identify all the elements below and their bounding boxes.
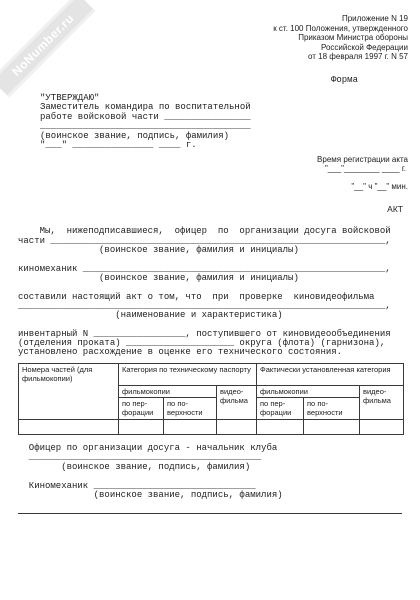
table-header-perforation: по пер-форации <box>257 397 304 419</box>
approval-block: "УТВЕРЖДАЮ" Заместитель командира по вос… <box>40 94 420 151</box>
signature-block: Офицер по организации досуга - начальник… <box>0 444 420 501</box>
table-empty-cell <box>304 419 360 434</box>
table-header-parts: Номера частей (для фильмокопии) <box>19 363 119 419</box>
table-header-passport-category: Категория по техническому паспорту <box>119 363 257 385</box>
appendix-header-line: от 18 февраля 1997 г. N 57 <box>0 52 408 62</box>
document-page: NoNumber.ru Приложение N 19 к ст. 100 По… <box>0 0 420 600</box>
act-body: Мы, нижеподписавшиеся, офицер по организ… <box>0 227 420 357</box>
table-header-surface: по по-верхности <box>164 397 217 419</box>
table-empty-row <box>19 419 404 434</box>
table-empty-cell <box>119 419 164 434</box>
table-empty-cell <box>360 419 404 434</box>
table-empty-cell <box>19 419 119 434</box>
approval-line: "___" _______________ ____ г. <box>40 141 420 151</box>
registration-time-line: "__" ч "__" мин. <box>0 182 408 192</box>
act-body-line: (воинское звание, фамилия и инициалы) <box>18 274 420 283</box>
table-empty-cell <box>164 419 217 434</box>
table-header-perforation: по пер-форации <box>119 397 164 419</box>
registration-title: Время регистрации акта <box>0 155 408 165</box>
table-empty-cell <box>257 419 304 434</box>
table-header-filmcopy: фильмокопии <box>257 385 360 397</box>
table-header-filmcopy: фильмокопии <box>119 385 217 397</box>
act-body-line: (воинское звание, фамилия и инициалы) <box>18 246 420 255</box>
table-empty-cell <box>217 419 257 434</box>
table-header-video: видео-фильма <box>217 385 257 419</box>
act-body-line: (наименование и характеристика) <box>18 311 420 320</box>
table-header-video: видео-фильма <box>360 385 404 419</box>
act-title: АКТ <box>0 204 408 214</box>
table-header-actual-category: Фактически установленная категория <box>257 363 404 385</box>
table-header-surface: по по-верхности <box>304 397 360 419</box>
table-group-header-row: Номера частей (для фильмокопии) Категори… <box>19 363 404 385</box>
signature-line: (воинское звание, подпись, фамилия) <box>18 491 420 501</box>
registration-block: Время регистрации акта "___"________ ___… <box>0 155 420 215</box>
act-body-line: установлено расхождение в оценке его тех… <box>18 348 420 357</box>
bottom-separator-line <box>18 513 402 514</box>
form-label: Форма <box>0 75 420 85</box>
registration-date-line: "___"________ ____ г. <box>0 164 408 174</box>
categories-table: Номера частей (для фильмокопии) Категори… <box>18 363 404 435</box>
signature-line: (воинское звание, подпись, фамилия) <box>18 463 420 473</box>
